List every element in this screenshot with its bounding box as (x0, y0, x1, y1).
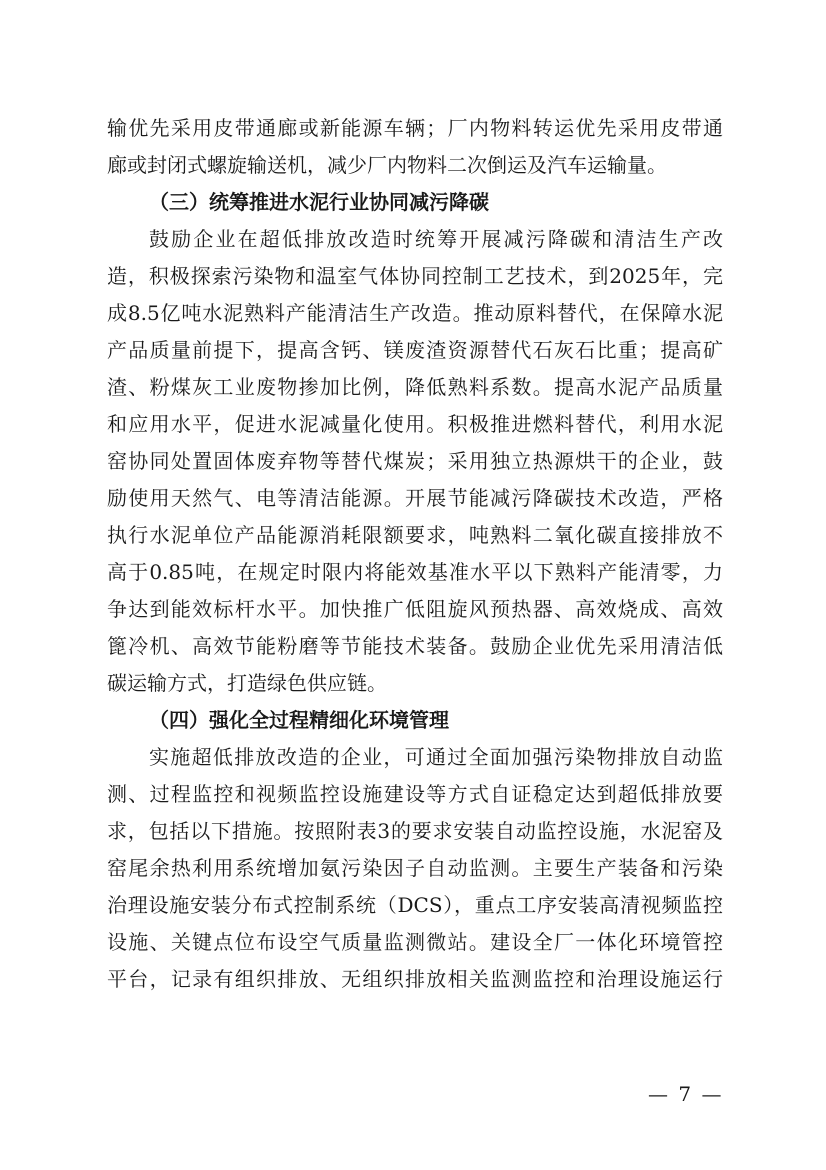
section-heading-4: （四）强化全过程精细化环境管理 (107, 702, 723, 739)
text-line: 窑尾余热利用系统增加氨污染因子自动监测。主要生产装备和污染 (107, 850, 723, 887)
text-line: 碳运输方式，打造绿色供应链。 (107, 665, 723, 702)
document-page: 输优先采用皮带通廊或新能源车辆；厂内物料转运优先采用皮带通 廊或封闭式螺旋输送机… (107, 110, 723, 998)
text-line: 求，包括以下措施。按照附表3的要求安装自动监控设施，水泥窑及 (107, 813, 723, 850)
text-line: 治理设施安装分布式控制系统（DCS），重点工序安装高清视频监控 (107, 887, 723, 924)
text-line: 廊或封闭式螺旋输送机，减少厂内物料二次倒运及汽车运输量。 (107, 147, 723, 184)
page-number: — 7 — (648, 1082, 723, 1106)
text-line: 争达到能效标杆水平。加快推广低阻旋风预热器、高效烧成、高效 (107, 591, 723, 628)
text-line: 造，积极探索污染物和温室气体协同控制工艺技术，到2025年，完 (107, 258, 723, 295)
text-line: 窑协同处置固体废弃物等替代煤炭；采用独立热源烘干的企业，鼓 (107, 443, 723, 480)
text-line: 高于0.85吨，在规定时限内将能效基准水平以下熟料产能清零，力 (107, 554, 723, 591)
text-line: 执行水泥单位产品能源消耗限额要求，吨熟料二氧化碳直接排放不 (107, 517, 723, 554)
section-heading-3: （三）统筹推进水泥行业协同减污降碳 (107, 184, 723, 221)
text-line: 输优先采用皮带通廊或新能源车辆；厂内物料转运优先采用皮带通 (107, 110, 723, 147)
text-line: 励使用天然气、电等清洁能源。开展节能减污降碳技术改造，严格 (107, 480, 723, 517)
text-line: 渣、粉煤灰工业废物掺加比例，降低熟料系数。提高水泥产品质量 (107, 369, 723, 406)
text-line: 测、过程监控和视频监控设施建设等方式自证稳定达到超低排放要 (107, 776, 723, 813)
text-line: 产品质量前提下，提高含钙、镁废渣资源替代石灰石比重；提高矿 (107, 332, 723, 369)
text-line: 鼓励企业在超低排放改造时统筹开展减污降碳和清洁生产改 (107, 221, 723, 258)
text-line: 和应用水平，促进水泥减量化使用。积极推进燃料替代，利用水泥 (107, 406, 723, 443)
text-line: 实施超低排放改造的企业，可通过全面加强污染物排放自动监 (107, 739, 723, 776)
text-line: 成8.5亿吨水泥熟料产能清洁生产改造。推动原料替代，在保障水泥 (107, 295, 723, 332)
text-line: 平台，记录有组织排放、无组织排放相关监测监控和治理设施运行 (107, 961, 723, 998)
text-line: 篦冷机、高效节能粉磨等节能技术装备。鼓励企业优先采用清洁低 (107, 628, 723, 665)
text-line: 设施、关键点位布设空气质量监测微站。建设全厂一体化环境管控 (107, 924, 723, 961)
